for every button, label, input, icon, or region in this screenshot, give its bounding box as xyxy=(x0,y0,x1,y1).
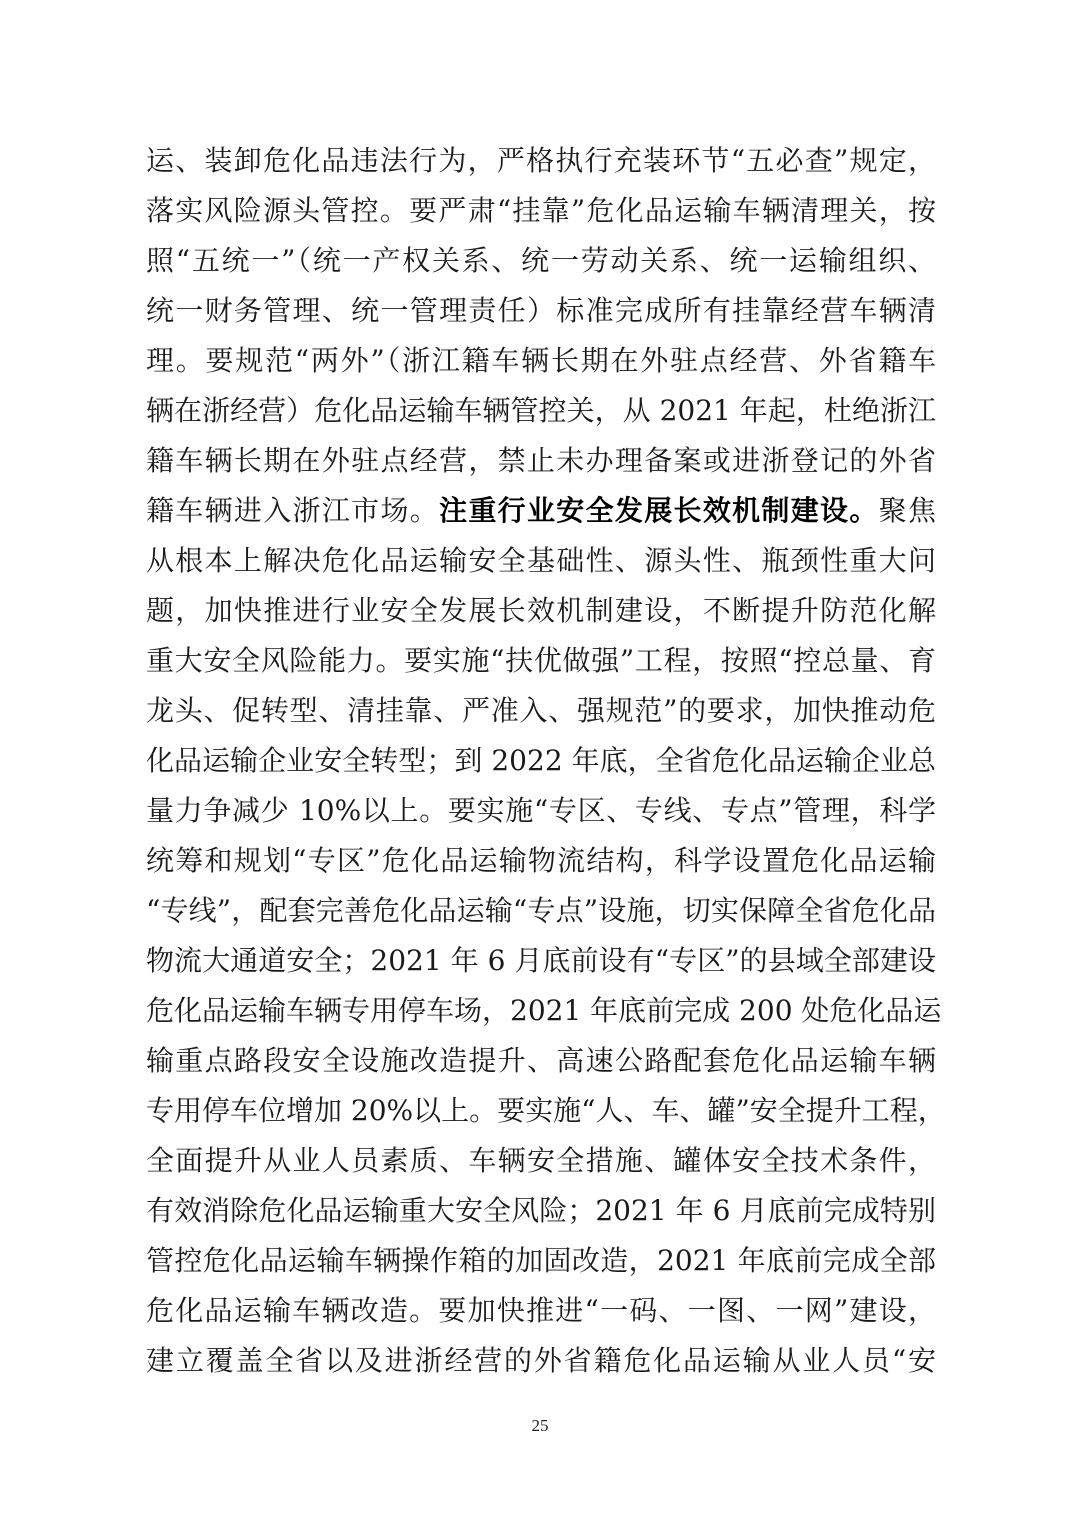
text-segment: 重大安全风险能力。要实施“扶优做强”工程，按照“控总量、育 xyxy=(146,644,936,677)
text-line: 理。要规范“两外”（浙江籍车辆长期在外驻点经营、外省籍车 xyxy=(146,336,936,386)
text-segment: 建立覆盖全省以及进浙经营的外省籍危化品运输从业人员“安 xyxy=(146,1344,936,1377)
text-line: 统一财务管理、统一管理责任）标准完成所有挂靠经营车辆清 xyxy=(146,286,936,336)
text-segment: 统筹和规划“专区”危化品运输物流结构，科学设置危化品运输 xyxy=(146,844,936,877)
page-number: 25 xyxy=(0,1416,1080,1436)
text-segment: 输重点路段安全设施改造提升、高速公路配套危化品运输车辆 xyxy=(146,1044,936,1077)
text-line: 题，加快推进行业安全发展长效机制建设，不断提升防范化解 xyxy=(146,586,936,636)
text-line: 建立覆盖全省以及进浙经营的外省籍危化品运输从业人员“安 xyxy=(146,1336,936,1386)
text-segment: 全面提升从业人员素质、车辆安全措施、罐体安全技术条件， xyxy=(146,1144,936,1177)
text-segment: 有效消除危化品运输重大安全风险；2021 年 6 月底前完成特别 xyxy=(146,1194,936,1227)
text-line: “专线”，配套完善危化品运输“专点”设施，切实保障全省危化品 xyxy=(146,886,936,936)
text-segment: 题，加快推进行业安全发展长效机制建设，不断提升防范化解 xyxy=(146,594,936,627)
document-page: 运、装卸危化品违法行为，严格执行充装环节“五必查”规定，落实风险源头管控。要严肃… xyxy=(0,0,1080,1527)
text-line: 重大安全风险能力。要实施“扶优做强”工程，按照“控总量、育 xyxy=(146,636,936,686)
text-segment: 从根本上解决危化品运输安全基础性、源头性、瓶颈性重大问 xyxy=(146,544,936,577)
text-segment: 辆在浙经营）危化品运输车辆管控关，从 2021 年起，杜绝浙江 xyxy=(146,394,936,427)
text-segment: 量力争减少 10%以上。要实施“专区、专线、专点”管理，科学 xyxy=(146,794,936,827)
text-segment: 落实风险源头管控。要严肃“挂靠”危化品运输车辆清理关，按 xyxy=(146,194,936,227)
text-segment: 统一财务管理、统一管理责任）标准完成所有挂靠经营车辆清 xyxy=(146,294,936,327)
bold-heading-text: 注重行业安全发展长效机制建设。 xyxy=(439,494,879,527)
text-line: 落实风险源头管控。要严肃“挂靠”危化品运输车辆清理关，按 xyxy=(146,186,936,236)
text-line: 化品运输企业安全转型；到 2022 年底，全省危化品运输企业总 xyxy=(146,736,936,786)
text-segment: 照“五统一”（统一产权关系、统一劳动关系、统一运输组织、 xyxy=(146,244,936,277)
text-line: 从根本上解决危化品运输安全基础性、源头性、瓶颈性重大问 xyxy=(146,536,936,586)
text-segment: 籍车辆长期在外驻点经营，禁止未办理备案或进浙登记的外省 xyxy=(146,444,936,477)
text-segment: 理。要规范“两外”（浙江籍车辆长期在外驻点经营、外省籍车 xyxy=(146,344,936,377)
text-line: 物流大通道安全；2021 年 6 月底前设有“专区”的县域全部建设 xyxy=(146,936,936,986)
text-line: 运、装卸危化品违法行为，严格执行充装环节“五必查”规定， xyxy=(146,136,936,186)
text-segment: 危化品运输车辆专用停车场，2021 年底前完成 200 处危化品运 xyxy=(146,994,941,1027)
text-segment: 龙头、促转型、清挂靠、严准入、强规范”的要求，加快推动危 xyxy=(146,694,936,727)
text-line: 管控危化品运输车辆操作箱的加固改造，2021 年底前完成全部 xyxy=(146,1236,936,1286)
text-segment: 化品运输企业安全转型；到 2022 年底，全省危化品运输企业总 xyxy=(146,744,936,777)
text-segment: 专用停车位增加 20%以上。要实施“人、车、罐”安全提升工程， xyxy=(146,1094,946,1127)
text-segment: 危化品运输车辆改造。要加快推进“一码、一图、一网”建设， xyxy=(146,1294,936,1327)
text-segment: 聚焦 xyxy=(879,494,936,527)
text-line: 量力争减少 10%以上。要实施“专区、专线、专点”管理，科学 xyxy=(146,786,936,836)
text-segment: 管控危化品运输车辆操作箱的加固改造，2021 年底前完成全部 xyxy=(146,1244,936,1277)
text-line: 全面提升从业人员素质、车辆安全措施、罐体安全技术条件， xyxy=(146,1136,936,1186)
text-line: 危化品运输车辆专用停车场，2021 年底前完成 200 处危化品运 xyxy=(146,986,936,1036)
text-line: 有效消除危化品运输重大安全风险；2021 年 6 月底前完成特别 xyxy=(146,1186,936,1236)
body-text: 运、装卸危化品违法行为，严格执行充装环节“五必查”规定，落实风险源头管控。要严肃… xyxy=(146,136,936,1386)
text-line: 籍车辆长期在外驻点经营，禁止未办理备案或进浙登记的外省 xyxy=(146,436,936,486)
text-line: 辆在浙经营）危化品运输车辆管控关，从 2021 年起，杜绝浙江 xyxy=(146,386,936,436)
text-line: 输重点路段安全设施改造提升、高速公路配套危化品运输车辆 xyxy=(146,1036,936,1086)
text-line: 龙头、促转型、清挂靠、严准入、强规范”的要求，加快推动危 xyxy=(146,686,936,736)
text-line: 照“五统一”（统一产权关系、统一劳动关系、统一运输组织、 xyxy=(146,236,936,286)
text-segment: 物流大通道安全；2021 年 6 月底前设有“专区”的县域全部建设 xyxy=(146,944,936,977)
text-segment: 运、装卸危化品违法行为，严格执行充装环节“五必查”规定， xyxy=(146,144,936,177)
text-segment: 籍车辆进入浙江市场。 xyxy=(146,494,439,527)
text-segment: “专线”，配套完善危化品运输“专点”设施，切实保障全省危化品 xyxy=(146,894,936,927)
text-line: 危化品运输车辆改造。要加快推进“一码、一图、一网”建设， xyxy=(146,1286,936,1336)
text-line: 籍车辆进入浙江市场。注重行业安全发展长效机制建设。聚焦 xyxy=(146,486,936,536)
text-line: 统筹和规划“专区”危化品运输物流结构，科学设置危化品运输 xyxy=(146,836,936,886)
text-line: 专用停车位增加 20%以上。要实施“人、车、罐”安全提升工程， xyxy=(146,1086,936,1136)
